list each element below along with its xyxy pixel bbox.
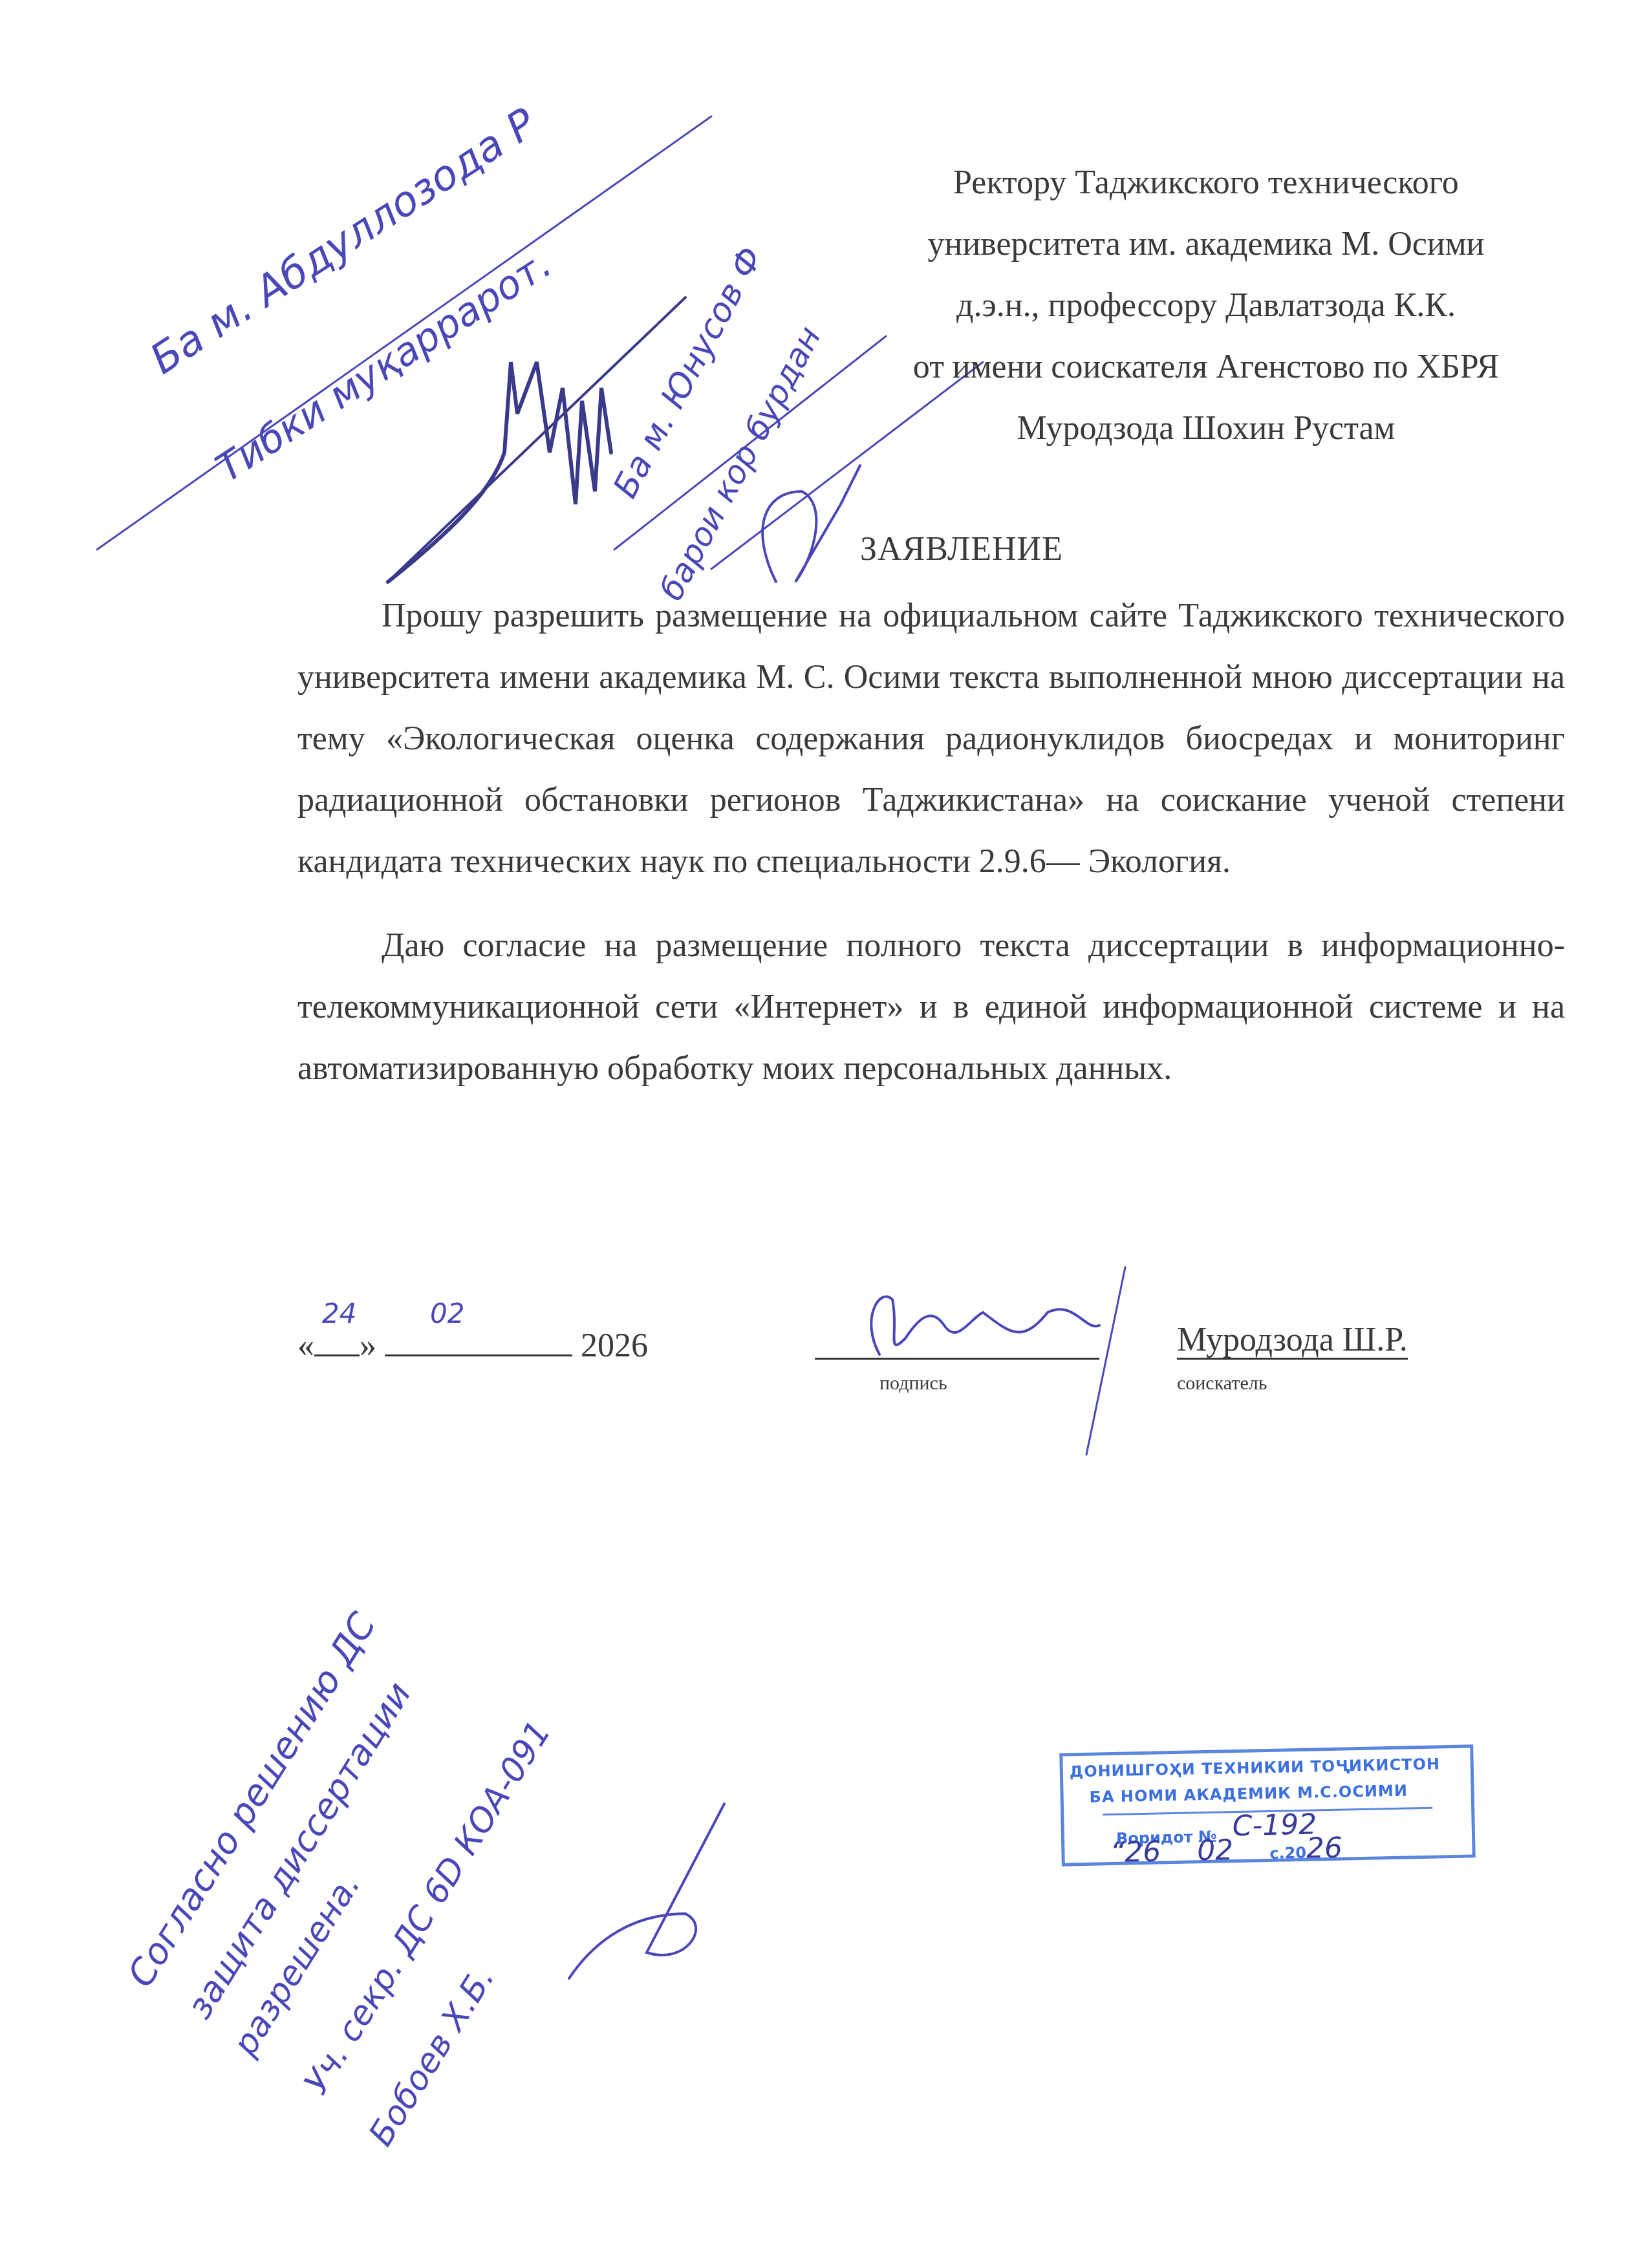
stamp-month: 02	[1197, 1834, 1234, 1867]
addressee-line: Муродзода Шохин Рустам	[847, 398, 1565, 459]
month-handwritten: 02	[430, 1298, 464, 1329]
applicant-label: соискатель	[1177, 1373, 1267, 1395]
month-blank: 02	[385, 1322, 572, 1356]
day-handwritten: 24	[322, 1298, 356, 1329]
addressee-block: Ректору Таджикского технического универс…	[847, 152, 1565, 459]
stamp-date-handwritten: “26 02 с.2026	[1110, 1832, 1342, 1870]
date-field: «24» 02 2026	[297, 1322, 648, 1365]
signature-line	[815, 1322, 1099, 1360]
addressee-line: Ректору Таджикского технического	[847, 152, 1565, 213]
paragraph-consent: Даю согласие на размещение полного текст…	[297, 915, 1565, 1099]
stamp-day: 26	[1125, 1835, 1161, 1868]
open-quote: «	[297, 1327, 314, 1364]
stamp-year-label: с.20	[1269, 1844, 1306, 1863]
paragraph-request: Прошу разрешить размещение на официально…	[297, 585, 1565, 892]
close-quote: »	[360, 1327, 376, 1364]
signature-block: «24» 02 2026 подпись Муродзода Ш.Р. соис…	[297, 1322, 1526, 1426]
resolution-1-line-1: Ба м. Абдуллозода Р	[142, 100, 545, 384]
addressee-line: д.э.н., профессору Давлатзода К.К.	[847, 275, 1565, 336]
document-body: Прошу разрешить размещение на официально…	[297, 585, 1565, 1099]
year: 2026	[581, 1327, 648, 1364]
applicant-name: Муродзода Ш.Р.	[1177, 1322, 1408, 1360]
stamp-line-2: БА НОМИ АКАДЕМИК М.С.ОСИМИ	[1089, 1781, 1408, 1806]
registration-stamp: ДОНИШГОҲИ ТЕХНИКИИ ТОҶИКИСТОН БА НОМИ АК…	[1059, 1744, 1476, 1866]
addressee-line: университета им. академика М. Осими	[847, 213, 1565, 275]
stamp-year: 26	[1306, 1832, 1342, 1865]
document-title: ЗАЯВЛЕНИЕ	[860, 530, 1063, 568]
stamp-date-quote: “	[1110, 1836, 1125, 1869]
addressee-line: от имени соискателя Агенстово по ХБРЯ	[847, 336, 1565, 398]
signature-label: подпись	[879, 1373, 947, 1395]
stamp-line-1: ДОНИШГОҲИ ТЕХНИКИИ ТОҶИКИСТОН	[1070, 1755, 1441, 1781]
day-blank: 24	[314, 1322, 360, 1356]
